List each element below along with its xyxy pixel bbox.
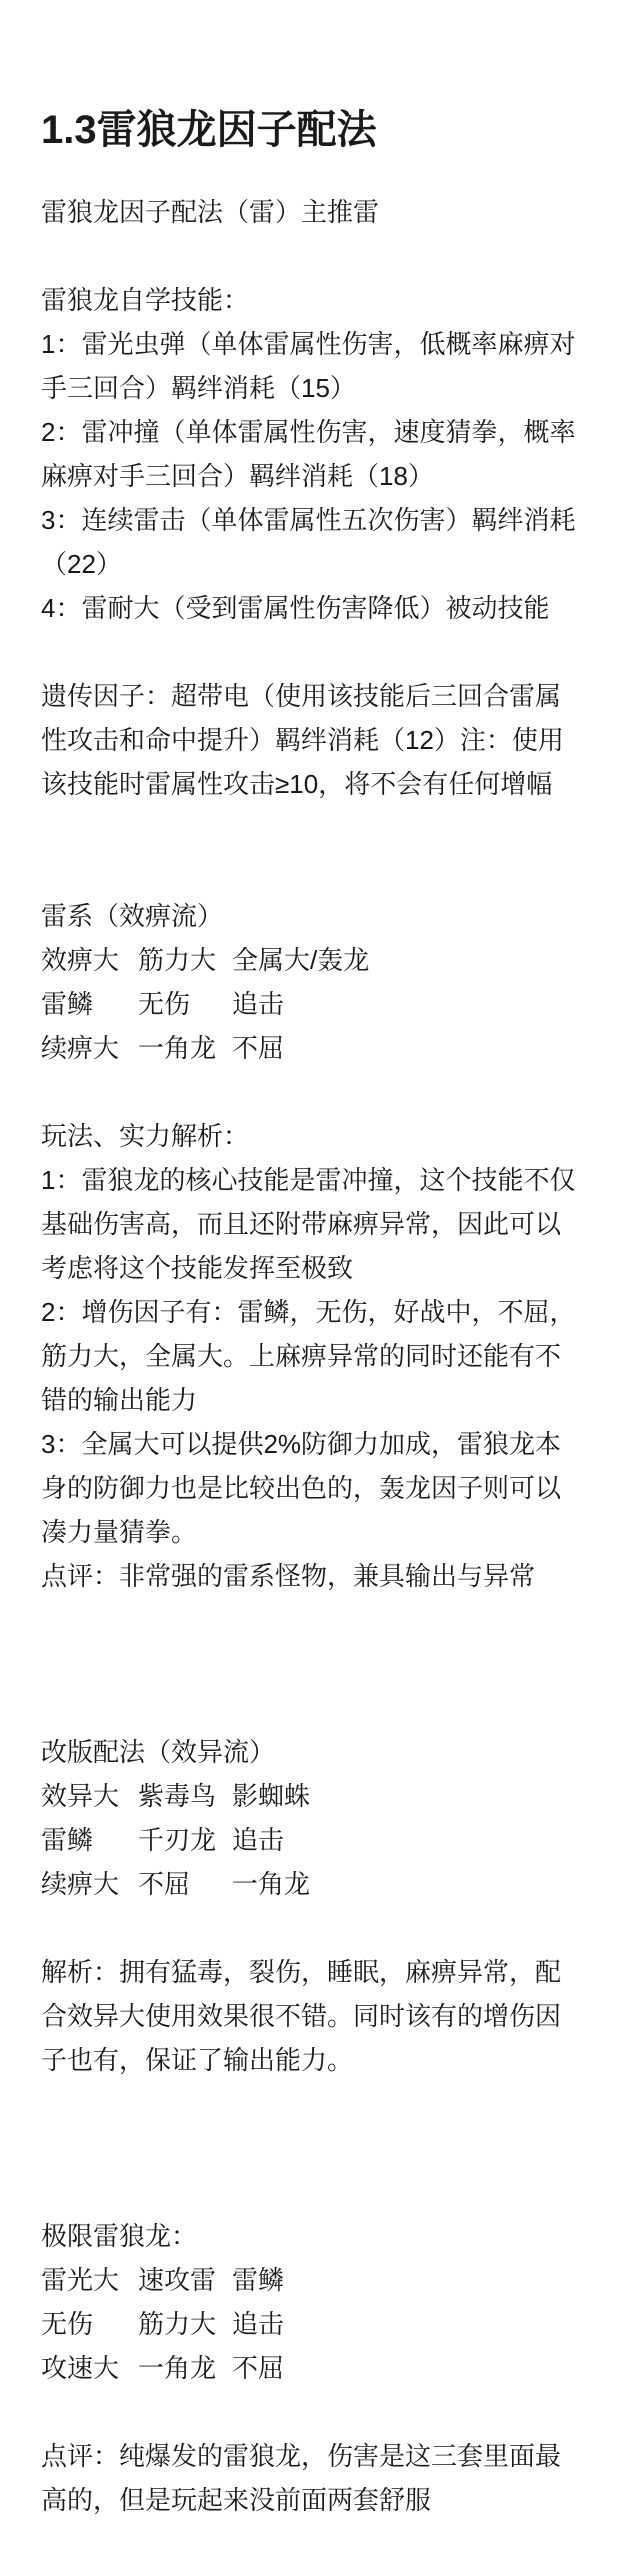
factor-cell: 攻速大 <box>41 2346 138 2390</box>
factor-cell: 无伤 <box>41 2302 138 2346</box>
section-heading: 雷系（效痹流） <box>41 894 579 938</box>
text-line: 凑力量猜拳。 <box>41 1510 579 1554</box>
text-line: 点评：纯爆发的雷狼龙，伤害是这三套里面最 <box>41 2434 579 2478</box>
factor-row: 续痹大不屈一角龙 <box>41 1862 579 1906</box>
factor-cell: 不屈 <box>138 1862 232 1906</box>
text-line: 考虑将这个技能发挥至极致 <box>41 1246 579 1290</box>
paragraph: 雷狼龙自学技能：1：雷光虫弹（单体雷属性伤害，低概率麻痹对手三回合）羁绊消耗（1… <box>41 278 579 630</box>
paragraph: 遗传因子：超带电（使用该技能后三回合雷属性攻击和命中提升）羁绊消耗（12）注：使… <box>41 674 579 806</box>
text-line: 4：雷耐大（受到雷属性伤害降低）被动技能 <box>41 586 579 630</box>
factor-cell: 雷鳞 <box>41 982 138 1026</box>
factor-row: 无伤筋力大追击 <box>41 2302 579 2346</box>
text-line: 2：增伤因子有：雷鳞，无伤，好战中，不屈， <box>41 1290 579 1334</box>
text-line: 解析：拥有猛毒，裂伤，睡眠，麻痹异常，配 <box>41 1950 579 1994</box>
factor-cell: 追击 <box>232 1818 284 1862</box>
factor-cell: 追击 <box>232 2302 284 2346</box>
text-line: （22） <box>41 542 579 586</box>
text-line: 点评：非常强的雷系怪物，兼具输出与异常 <box>41 1554 579 1598</box>
factor-row: 效异大紫毒鸟影蜘蛛 <box>41 1774 579 1818</box>
document-body: 雷狼龙因子配法（雷）主推雷雷狼龙自学技能：1：雷光虫弹（单体雷属性伤害，低概率麻… <box>41 190 579 2522</box>
page-title: 1.3雷狼龙因子配法 <box>41 105 579 155</box>
text-line: 雷狼龙自学技能： <box>41 278 579 322</box>
text-line: 遗传因子：超带电（使用该技能后三回合雷属 <box>41 674 579 718</box>
text-line: 合效异大使用效果很不错。同时该有的增伤因 <box>41 1994 579 2038</box>
text-line: 错的输出能力 <box>41 1378 579 1422</box>
factor-cell: 千刃龙 <box>138 1818 232 1862</box>
factor-cell: 全属大/轰龙 <box>232 938 369 982</box>
text-line: 身的防御力也是比较出色的，轰龙因子则可以 <box>41 1466 579 1510</box>
factor-build-section: 雷系（效痹流）效痹大筋力大全属大/轰龙雷鳞无伤追击续痹大一角龙不屈 <box>41 894 579 1070</box>
factor-cell: 雷鳞 <box>232 2258 284 2302</box>
factor-cell: 一角龙 <box>138 1026 232 1070</box>
document-page: 1.3雷狼龙因子配法 雷狼龙因子配法（雷）主推雷雷狼龙自学技能：1：雷光虫弹（单… <box>0 0 620 2522</box>
factor-build-section: 改版配法（效异流）效异大紫毒鸟影蜘蛛雷鳞千刃龙追击续痹大不屈一角龙 <box>41 1730 579 1906</box>
text-line: 基础伤害高，而且还附带麻痹异常，因此可以 <box>41 1202 579 1246</box>
factor-row: 雷鳞千刃龙追击 <box>41 1818 579 1862</box>
factor-cell: 不屈 <box>232 2346 284 2390</box>
text-line: 1：雷狼龙的核心技能是雷冲撞，这个技能不仅 <box>41 1158 579 1202</box>
factor-cell: 影蜘蛛 <box>232 1774 310 1818</box>
factor-cell: 紫毒鸟 <box>138 1774 232 1818</box>
factor-build-section: 极限雷狼龙：雷光大速攻雷雷鳞无伤筋力大追击攻速大一角龙不屈 <box>41 2214 579 2390</box>
factor-row: 雷鳞无伤追击 <box>41 982 579 1026</box>
factor-cell: 筋力大 <box>138 938 232 982</box>
factor-cell: 雷光大 <box>41 2258 138 2302</box>
text-line: 性攻击和命中提升）羁绊消耗（12）注：使用 <box>41 718 579 762</box>
factor-cell: 追击 <box>232 982 284 1026</box>
text-line: 玩法、实力解析： <box>41 1114 579 1158</box>
factor-cell: 效异大 <box>41 1774 138 1818</box>
factor-cell: 雷鳞 <box>41 1818 138 1862</box>
text-line: 筋力大，全属大。上麻痹异常的同时还能有不 <box>41 1334 579 1378</box>
factor-row: 效痹大筋力大全属大/轰龙 <box>41 938 579 982</box>
factor-cell: 续痹大 <box>41 1862 138 1906</box>
text-line: 1：雷光虫弹（单体雷属性伤害，低概率麻痹对 <box>41 322 579 366</box>
text-line: 子也有，保证了输出能力。 <box>41 2038 579 2082</box>
section-heading: 改版配法（效异流） <box>41 1730 579 1774</box>
section-heading: 极限雷狼龙： <box>41 2214 579 2258</box>
factor-cell: 一角龙 <box>138 2346 232 2390</box>
paragraph: 雷狼龙因子配法（雷）主推雷 <box>41 190 579 234</box>
text-line: 3：全属大可以提供2%防御力加成，雷狼龙本 <box>41 1422 579 1466</box>
factor-cell: 一角龙 <box>232 1862 310 1906</box>
factor-cell: 不屈 <box>232 1026 284 1070</box>
factor-cell: 无伤 <box>138 982 232 1026</box>
text-line: 手三回合）羁绊消耗（15） <box>41 366 579 410</box>
factor-cell: 速攻雷 <box>138 2258 232 2302</box>
text-line: 麻痹对手三回合）羁绊消耗（18） <box>41 454 579 498</box>
factor-row: 攻速大一角龙不屈 <box>41 2346 579 2390</box>
paragraph: 点评：纯爆发的雷狼龙，伤害是这三套里面最高的，但是玩起来没前面两套舒服 <box>41 2434 579 2522</box>
text-line: 该技能时雷属性攻击≥10，将不会有任何增幅 <box>41 762 579 806</box>
factor-row: 续痹大一角龙不屈 <box>41 1026 579 1070</box>
factor-cell: 筋力大 <box>138 2302 232 2346</box>
factor-row: 雷光大速攻雷雷鳞 <box>41 2258 579 2302</box>
paragraph: 解析：拥有猛毒，裂伤，睡眠，麻痹异常，配合效异大使用效果很不错。同时该有的增伤因… <box>41 1950 579 2082</box>
factor-cell: 续痹大 <box>41 1026 138 1070</box>
text-line: 2：雷冲撞（单体雷属性伤害，速度猜拳，概率 <box>41 410 579 454</box>
text-line: 3：连续雷击（单体雷属性五次伤害）羁绊消耗 <box>41 498 579 542</box>
text-line: 高的，但是玩起来没前面两套舒服 <box>41 2478 579 2522</box>
text-line: 雷狼龙因子配法（雷）主推雷 <box>41 190 579 234</box>
paragraph: 玩法、实力解析：1：雷狼龙的核心技能是雷冲撞，这个技能不仅基础伤害高，而且还附带… <box>41 1114 579 1598</box>
factor-cell: 效痹大 <box>41 938 138 982</box>
